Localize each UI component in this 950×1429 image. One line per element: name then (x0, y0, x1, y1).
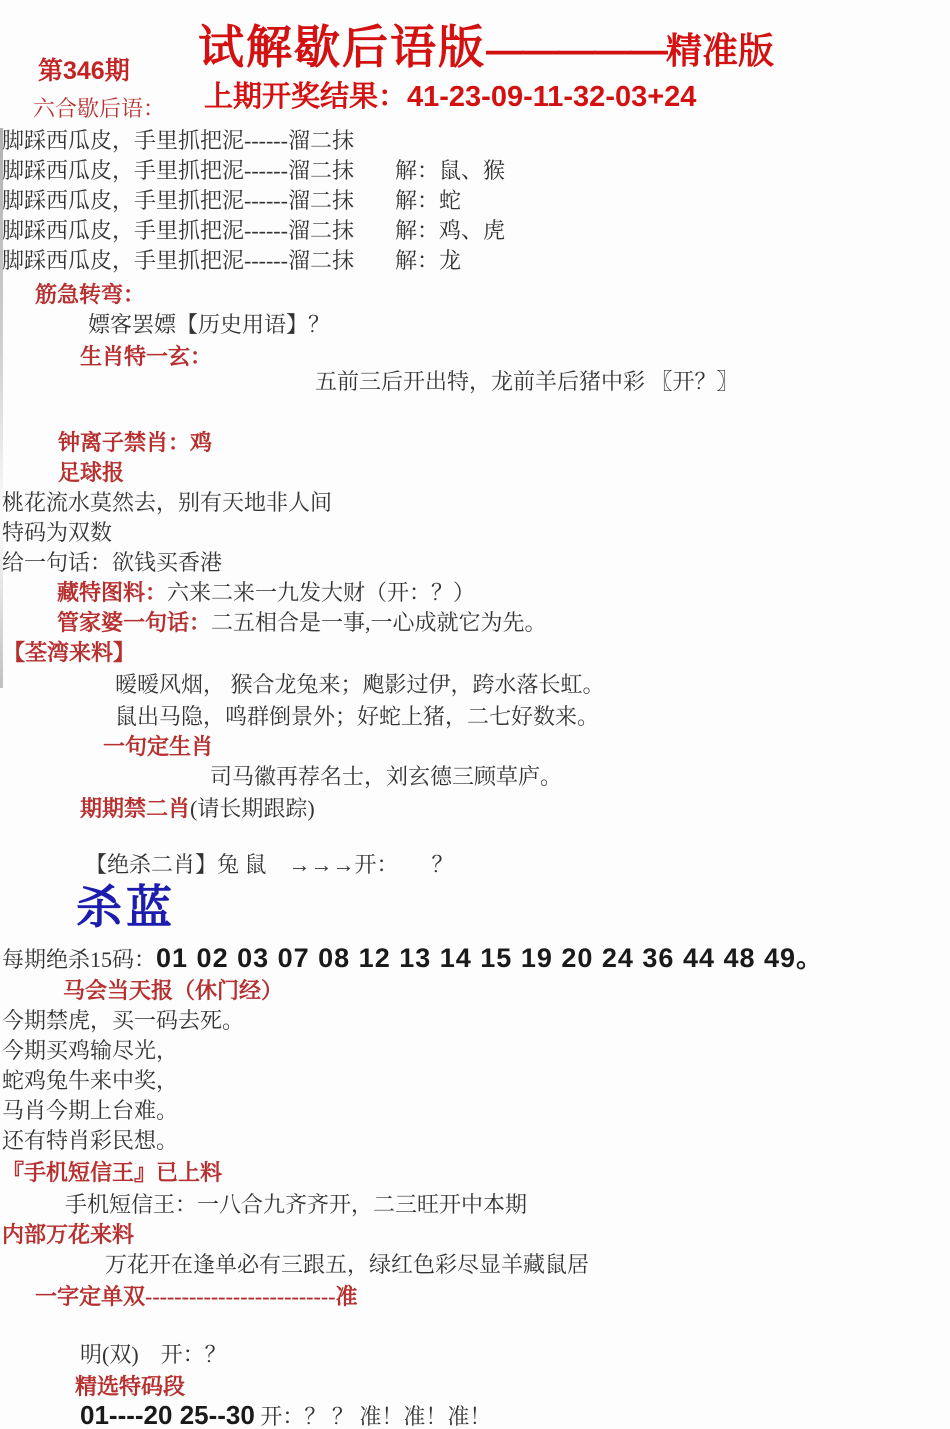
quanwan-label: 【荃湾来料】 (3, 640, 135, 666)
riddle-line: 脚踩西瓜皮，手里抓把泥------溜二抹解：龙 (2, 248, 461, 274)
special-segment-line: 01----20 25--30 开：？ ？ 准！准！准！ (80, 1400, 491, 1429)
ban-zodiac-label: 钟离子禁肖：鸡 (58, 430, 212, 456)
riddle-answer: 解：龙 (395, 248, 461, 274)
daily-report-label: 马会当天报（休门经） (63, 978, 283, 1004)
riddle-text: 脚踩西瓜皮，手里抓把泥------溜二抹 (2, 128, 395, 154)
kill-codes-label: 每期绝杀15码： (2, 947, 156, 972)
cangte-text: 六来二来一九发大财（开：？） (167, 580, 475, 605)
special-segment-label: 精选特码段 (75, 1374, 185, 1400)
danshuang-label: 一字定单双--------------------------准 (35, 1284, 357, 1310)
wanhua-label: 内部万花来料 (2, 1222, 134, 1248)
riddle-section-label: 六合歇后语： (33, 96, 165, 122)
brain-teaser-label: 筋急转弯： (35, 282, 145, 308)
kill-blue-heading: 杀蓝 (76, 880, 176, 935)
kill-codes-numbers: 01 02 03 07 08 12 13 14 15 19 20 24 36 4… (156, 943, 824, 973)
page-title-dash: ————— (486, 30, 666, 72)
riddle-line: 脚踩西瓜皮，手里抓把泥------溜二抹解：鼠、猴 (2, 158, 505, 184)
special-segment-range: 01----20 25--30 (80, 1400, 255, 1429)
ban-two-note: (请长期跟踪) (190, 796, 315, 821)
issue-number: 第346期 (38, 56, 130, 86)
daily-report-line: 今期禁虎，买一码去死。 (2, 1008, 244, 1034)
brain-teaser-question: 嫖客罢嫖【历史用语】？ (88, 312, 330, 338)
riddle-answer: 解：鼠、猴 (395, 158, 505, 184)
daily-report-line: 马肖今期上台难。 (2, 1098, 178, 1124)
riddle-line: 脚踩西瓜皮，手里抓把泥------溜二抹 (2, 128, 395, 154)
ban-two-label: 期期禁二肖 (80, 796, 190, 821)
riddle-line: 脚踩西瓜皮，手里抓把泥------溜二抹解：蛇 (2, 188, 461, 214)
football-line: 给一句话：欲钱买香港 (2, 550, 222, 576)
page-title-main: 试解歇后语版 (198, 21, 486, 73)
daily-report-line: 还有特肖彩民想。 (2, 1128, 178, 1154)
tip-sheet-page: 第346期 试解歇后语版—————精准版 上期开奖结果：41-23-09-11-… (0, 0, 950, 1429)
quanwan-line: 暧暧风烟， 猴合龙兔来；飑影过伊，跨水落长虹。 (115, 672, 605, 698)
cangte-line: 藏特图料：六来二来一九发大财（开：？） (57, 580, 475, 606)
riddle-answer: 解：鸡、虎 (395, 218, 505, 244)
guanjiapo-text: 二五相合是一事,一心成就它为先。 (211, 610, 547, 635)
riddle-text: 脚踩西瓜皮，手里抓把泥------溜二抹 (2, 188, 395, 214)
daily-report-line: 今期买鸡输尽光， (2, 1038, 178, 1064)
riddle-text: 脚踩西瓜皮，手里抓把泥------溜二抹 (2, 218, 395, 244)
riddle-text: 脚踩西瓜皮，手里抓把泥------溜二抹 (2, 248, 395, 274)
page-title-suffix: 精准版 (666, 30, 774, 71)
zodiac-special-label: 生肖特一玄： (80, 344, 212, 370)
guanjiapo-line: 管家婆一句话：二五相合是一事,一心成就它为先。 (57, 610, 547, 636)
one-sentence-text: 司马徽再荐名士，刘玄德三顾草庐。 (210, 764, 562, 790)
wanhua-text: 万花开在逢单必有三跟五，绿红色彩尽显羊藏鼠居 (105, 1252, 589, 1278)
last-draw-result: 上期开奖结果：41-23-09-11-32-03+24 (204, 80, 696, 115)
riddle-line: 脚踩西瓜皮，手里抓把泥------溜二抹解：鸡、虎 (2, 218, 505, 244)
kill-two-line: 【绝杀二肖】兔 鼠 →→→开： ？ (85, 852, 454, 878)
special-segment-result: 开：？ ？ 准！准！准！ (255, 1404, 492, 1429)
football-line: 桃花流水莫然去，别有天地非人间 (2, 490, 332, 516)
riddle-text: 脚踩西瓜皮，手里抓把泥------溜二抹 (2, 158, 395, 184)
page-title: 试解歇后语版—————精准版 (198, 20, 774, 75)
football-line: 特码为双数 (2, 520, 112, 546)
quanwan-line: 鼠出马隐，鸣群倒景外；好蛇上猪，二七好数来。 (115, 704, 599, 730)
danshuang-answer: 明(双) 开：？ (80, 1342, 227, 1368)
kill-codes-line: 每期绝杀15码：01 02 03 07 08 12 13 14 15 19 20… (2, 942, 824, 974)
one-sentence-label: 一句定生肖 (103, 734, 213, 760)
cangte-label: 藏特图料： (57, 580, 167, 605)
daily-report-line: 蛇鸡兔牛来中奖， (2, 1068, 178, 1094)
riddle-answer: 解：蛇 (395, 188, 461, 214)
sms-text: 手机短信王：一八合九齐齐开，二三旺开中本期 (65, 1192, 527, 1218)
football-report-label: 足球报 (58, 460, 124, 486)
ban-two-line: 期期禁二肖(请长期跟踪) (80, 796, 315, 822)
guanjiapo-label: 管家婆一句话： (57, 610, 211, 635)
zodiac-special-hint: 五前三后开出特，龙前羊后猪中彩 〖开？〗 (315, 369, 739, 395)
sms-label: 『手机短信王』已上料 (2, 1160, 222, 1186)
